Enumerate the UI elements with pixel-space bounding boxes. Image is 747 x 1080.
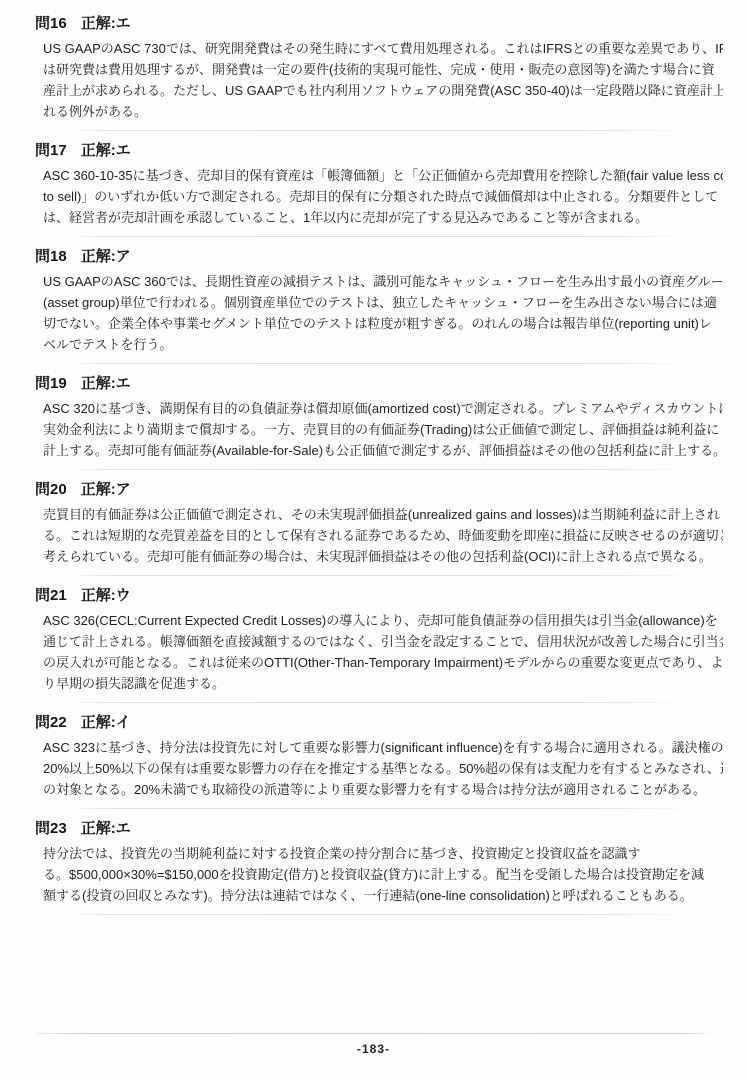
question-number: 問21 [35,587,67,604]
answer-section: 問21正解:ウ ASC 326(CECL:Current Expected Cr… [35,585,723,703]
page-number: -183- [0,1042,747,1056]
section-divider [80,575,715,576]
explanation-line: は研究費は費用処理するが、開発費は一定の要件(技術的実現可能性、完成・使用・販売… [43,59,723,80]
correct-answer-label: 正解:エ [81,15,131,32]
explanation-text: 売買目的有価証券は公正価値で測定され、その未実現評価損益(unrealized … [35,504,723,567]
question-number: 問16 [35,15,67,32]
explanation-line: 計上する。売却可能有価証券(Available-for-Sale)も公正価値で測… [43,440,723,461]
explanation-line: 通じて計上される。帳簿価額を直接減額するのではなく、引当金を設定することで、信用… [43,631,723,652]
correct-answer-label: 正解:ア [81,481,131,498]
explanation-line: れる例外がある。 [43,101,723,122]
section-divider [80,702,715,703]
question-heading: 問21正解:ウ [35,585,723,606]
section-divider [80,469,715,470]
explanation-line: の対象となる。20%未満でも取締役の派遣等により重要な影響力を有する場合は持分法… [43,779,723,800]
explanation-line: ASC 323に基づき、持分法は投資先に対して重要な影響力(significan… [43,737,723,758]
footer-rule [37,1033,715,1034]
question-heading: 問19正解:エ [35,373,723,394]
answer-section: 問22正解:イ ASC 323に基づき、持分法は投資先に対して重要な影響力(si… [35,712,723,809]
document-page: 問16正解:エ US GAAPのASC 730では、研究開発費はその発生時にすべ… [0,0,747,1080]
question-heading: 問23正解:エ [35,818,723,839]
section-divider [80,363,715,364]
explanation-text: ASC 326(CECL:Current Expected Credit Los… [35,610,723,694]
correct-answer-label: 正解:エ [81,142,131,159]
question-number: 問17 [35,142,67,159]
correct-answer-label: 正解:イ [81,714,131,731]
explanation-line: の戻入れが可能となる。これは従来のOTTI(Other-Than-Tempora… [43,652,723,673]
question-number: 問22 [35,714,67,731]
section-divider [80,236,715,237]
explanation-line: 額する(投資の回収とみなす)。持分法は連結ではなく、一行連結(one-line … [43,885,723,906]
explanation-line: る。これは短期的な売買差益を目的として保有される証券であるため、時価変動を即座に… [43,525,723,546]
section-divider [80,130,715,131]
explanation-line: ASC 326(CECL:Current Expected Credit Los… [43,610,723,631]
explanation-text: ASC 323に基づき、持分法は投資先に対して重要な影響力(significan… [35,737,723,800]
explanation-text: ASC 320に基づき、満期保有目的の負債証券は償却原価(amortized c… [35,398,723,461]
explanation-line: り早期の損失認識を促進する。 [43,673,723,694]
explanation-text: US GAAPのASC 730では、研究開発費はその発生時にすべて費用処理される… [35,38,723,122]
answer-section: 問18正解:ア US GAAPのASC 360では、長期性資産の減損テストは、識… [35,246,723,364]
question-heading: 問20正解:ア [35,479,723,500]
answer-sections: 問16正解:エ US GAAPのASC 730では、研究開発費はその発生時にすべ… [35,13,723,915]
correct-answer-label: 正解:エ [81,820,131,837]
answer-section: 問19正解:エ ASC 320に基づき、満期保有目的の負債証券は償却原価(amo… [35,373,723,470]
explanation-line: 20%以上50%以下の保有は重要な影響力の存在を推定する基準となる。50%超の保… [43,758,723,779]
explanation-line: 切でない。企業全体や事業セグメント単位でのテストは粒度が粗すぎる。のれんの場合は… [43,313,723,334]
question-number: 問23 [35,820,67,837]
explanation-line: は、経営者が売却計画を承認していること、1年以内に売却が完了する見込みであること… [43,207,723,228]
explanation-line: ASC 360-10-35に基づき、売却目的保有資産は「帳簿価額」と「公正価値か… [43,165,723,186]
explanation-line: 産計上が求められる。ただし、US GAAPでも社内利用ソフトウェアの開発費(AS… [43,80,723,101]
explanation-line: to sell)」のいずれか低い方で測定される。売却目的保有に分類された時点で減… [43,186,723,207]
answer-section: 問23正解:エ 持分法では、投資先の当期純利益に対する投資企業の持分割合に基づき… [35,818,723,915]
explanation-line: 持分法では、投資先の当期純利益に対する投資企業の持分割合に基づき、投資勘定と投資… [43,843,723,864]
correct-answer-label: 正解:エ [81,375,131,392]
correct-answer-label: 正解:ア [81,248,131,265]
explanation-text: US GAAPのASC 360では、長期性資産の減損テストは、識別可能なキャッシ… [35,271,723,355]
explanation-line: US GAAPのASC 360では、長期性資産の減損テストは、識別可能なキャッシ… [43,271,723,292]
correct-answer-label: 正解:ウ [81,587,131,604]
explanation-text: 持分法では、投資先の当期純利益に対する投資企業の持分割合に基づき、投資勘定と投資… [35,843,723,906]
question-number: 問20 [35,481,67,498]
explanation-line: 考えられている。売却可能有価証券の場合は、未実現評価損益はその他の包括利益(OC… [43,546,723,567]
explanation-line: (asset group)単位で行われる。個別資産単位でのテストは、独立したキャ… [43,292,723,313]
answer-section: 問20正解:ア 売買目的有価証券は公正価値で測定され、その未実現評価損益(unr… [35,479,723,576]
explanation-line: る。$500,000×30%=$150,000を投資勘定(借方)と投資収益(貸方… [43,864,723,885]
answer-section: 問16正解:エ US GAAPのASC 730では、研究開発費はその発生時にすべ… [35,13,723,131]
section-divider [80,914,715,915]
question-number: 問18 [35,248,67,265]
question-heading: 問22正解:イ [35,712,723,733]
question-heading: 問16正解:エ [35,13,723,34]
question-number: 問19 [35,375,67,392]
explanation-line: US GAAPのASC 730では、研究開発費はその発生時にすべて費用処理される… [43,38,723,59]
page-footer: -183- [0,1033,747,1080]
explanation-line: 実効金利法により満期まで償却する。一方、売買目的の有価証券(Trading)は公… [43,419,723,440]
question-heading: 問17正解:エ [35,140,723,161]
section-divider [80,808,715,809]
question-heading: 問18正解:ア [35,246,723,267]
explanation-text: ASC 360-10-35に基づき、売却目的保有資産は「帳簿価額」と「公正価値か… [35,165,723,228]
answer-section: 問17正解:エ ASC 360-10-35に基づき、売却目的保有資産は「帳簿価額… [35,140,723,237]
explanation-line: 売買目的有価証券は公正価値で測定され、その未実現評価損益(unrealized … [43,504,723,525]
explanation-line: ベルでテストを行う。 [43,334,723,355]
explanation-line: ASC 320に基づき、満期保有目的の負債証券は償却原価(amortized c… [43,398,723,419]
